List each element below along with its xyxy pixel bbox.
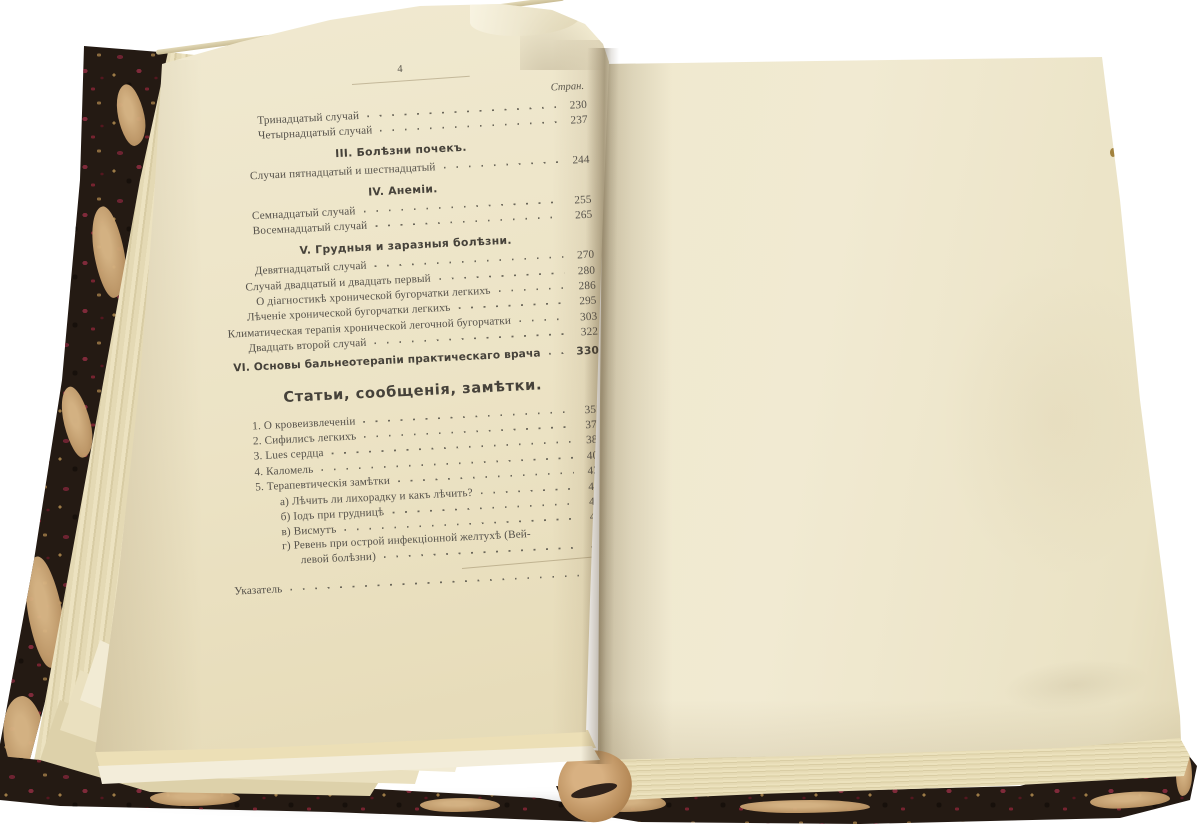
worn-leather-patch: [420, 798, 500, 812]
dot-leader: [290, 566, 579, 591]
folio-number: 4: [380, 63, 421, 76]
dot-leader: [443, 153, 559, 170]
paper-speck: [1110, 148, 1116, 157]
toc-rows: Тринадцатый случай230Четырнадцатый случа…: [211, 97, 610, 599]
spine-foot-crack: [570, 780, 619, 801]
toc-part-title: Статьи, сообщенія, замѣтки.: [225, 376, 601, 408]
toc-row-label: Случаи пятнадцатый и шестнадцатый: [214, 161, 436, 185]
table-of-contents: Стран. Тринадцатый случай230Четырнадцаты…: [210, 81, 610, 599]
toc-row-label: Статьи, сообщенія, замѣтки.: [283, 376, 542, 406]
dot-leader: [548, 344, 568, 356]
toc-row-label: Указатель: [234, 583, 283, 599]
open-book-photo: 4 Стран. Тринадцатый случай230Четырнадца…: [0, 0, 1200, 827]
worn-leather-patch: [112, 82, 150, 148]
toc-row-label: III. Болѣзни почекъ.: [335, 141, 467, 160]
gutter-shadow: [581, 48, 619, 764]
worn-leather-patch: [1090, 790, 1171, 810]
dot-leader: [519, 310, 567, 323]
worn-leather-patch: [740, 800, 870, 813]
toc-page-number: 237: [561, 114, 588, 129]
dot-leader: [498, 279, 565, 293]
toc-row-label: IV. Анеміи.: [368, 182, 438, 198]
paper-stain: [940, 260, 1170, 580]
toc-page-number: 230: [561, 99, 588, 114]
page-crease: [352, 76, 470, 85]
